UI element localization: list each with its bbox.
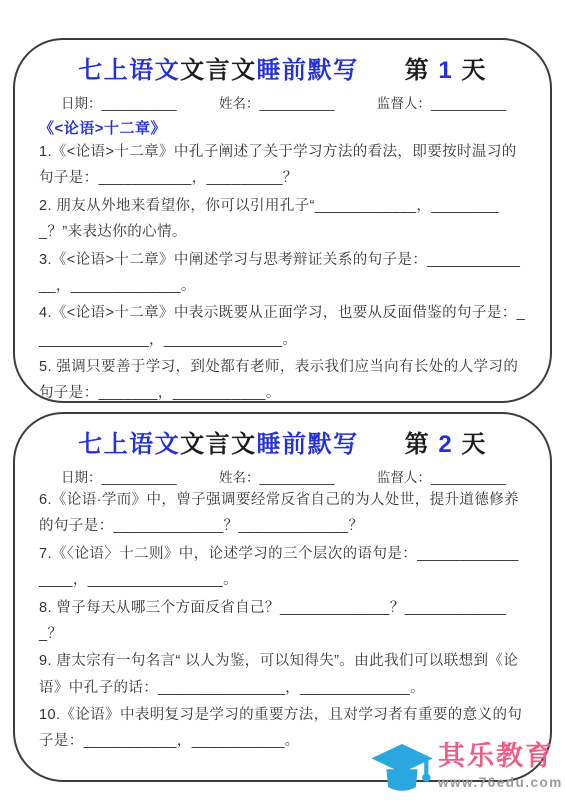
title-topic: 文言文 bbox=[180, 424, 257, 459]
title-subject: 七上语文 bbox=[78, 424, 180, 459]
meta-row-day2: 日期：__________ 姓名：__________ 监督人：________… bbox=[39, 466, 526, 486]
day-number: 1 bbox=[438, 57, 453, 84]
brand-logo: 其乐教育 www.76edu.com bbox=[368, 738, 565, 800]
name-field: 姓名：__________ bbox=[219, 92, 335, 112]
day-number: 2 bbox=[438, 431, 453, 458]
brand-url: www.76edu.com bbox=[438, 775, 563, 790]
graduation-cap-icon bbox=[368, 738, 436, 798]
title-topic: 文言文 bbox=[180, 50, 257, 85]
title-activity: 睡前默写 bbox=[257, 424, 359, 459]
worksheet-card-day1: 七上语文文言文睡前默写 第 1 天 日期：__________ 姓名：_____… bbox=[13, 38, 552, 403]
date-field: 日期：__________ bbox=[61, 92, 177, 112]
brand-name: 其乐教育 bbox=[438, 742, 563, 772]
card-title-day2: 七上语文文言文睡前默写 第 2 天 bbox=[39, 424, 526, 459]
question-2: 2. 朋友从外地来看望你，你可以引用孔子“____________，______… bbox=[39, 193, 526, 246]
name-field: 姓名：__________ bbox=[219, 466, 335, 486]
date-field: 日期：__________ bbox=[61, 466, 177, 486]
brand-text-block: 其乐教育 www.76edu.com bbox=[438, 742, 563, 790]
question-4: 4.《<论语>十二章》中表示既要从正面学习，也要从反面借鉴的句子是：______… bbox=[39, 300, 526, 353]
supervisor-field: 监督人：__________ bbox=[377, 92, 506, 112]
section-title-lunyu: 《<论语>十二章》 bbox=[39, 117, 526, 138]
day-label: 第 1 天 bbox=[405, 50, 487, 85]
question-1: 1.《<论语>十二章》中孔子阐述了关于学习方法的看法，即要按时温习的句子是：__… bbox=[39, 139, 526, 192]
name-blank: __________ bbox=[259, 470, 334, 485]
question-3: 3.《<论语>十二章》中阐述学习与思考辩证关系的句子是：____________… bbox=[39, 247, 526, 300]
supervisor-blank: __________ bbox=[431, 470, 506, 485]
supervisor-blank: __________ bbox=[431, 96, 506, 111]
day-label: 第 2 天 bbox=[405, 424, 487, 459]
worksheet-card-day2: 七上语文文言文睡前默写 第 2 天 日期：__________ 姓名：_____… bbox=[13, 412, 552, 782]
supervisor-field: 监督人：__________ bbox=[377, 466, 506, 486]
title-activity: 睡前默写 bbox=[257, 50, 359, 85]
title-subject: 七上语文 bbox=[78, 50, 180, 85]
question-8: 8. 曾子每天从哪三个方面反省自己？_____________？________… bbox=[39, 595, 526, 648]
question-7: 7.《〈论语〉十二则》中，论述学习的三个层次的语句是：_____________… bbox=[39, 541, 526, 594]
question-5: 5. 强调只要善于学习，到处都有老师，表示我们应当向有长处的人学习的句子是：__… bbox=[39, 354, 526, 407]
meta-row-day1: 日期：__________ 姓名：__________ 监督人：________… bbox=[39, 92, 526, 112]
name-blank: __________ bbox=[259, 96, 334, 111]
question-6: 6.《论语·学而》中，曾子强调要经常反省自己的为人处世，提升道德修养的句子是：_… bbox=[39, 487, 526, 540]
question-9: 9. 唐太宗有一句名言“ 以人为鉴，可以知得失”。由此我们可以联想到《论语》中孔… bbox=[39, 648, 526, 701]
card-title-day1: 七上语文文言文睡前默写 第 1 天 bbox=[39, 50, 526, 85]
worksheet-page: 七上语文文言文睡前默写 第 1 天 日期：__________ 姓名：_____… bbox=[0, 0, 565, 800]
date-blank: __________ bbox=[102, 96, 177, 111]
date-blank: __________ bbox=[102, 470, 177, 485]
